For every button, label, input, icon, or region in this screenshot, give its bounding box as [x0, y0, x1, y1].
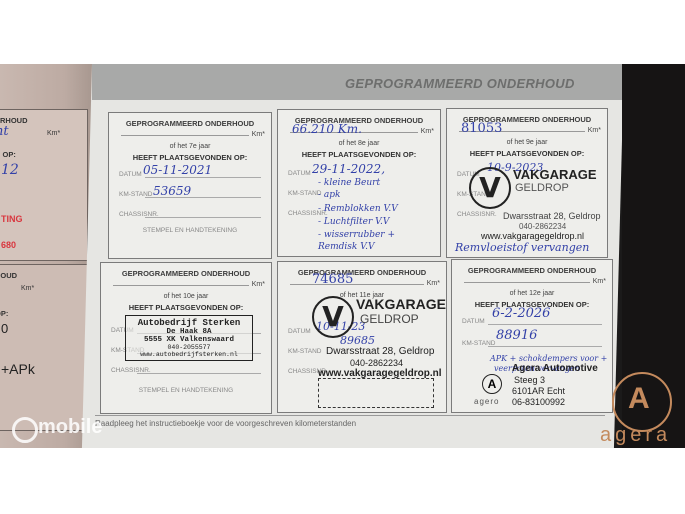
vakgarage-logo-icon: V: [469, 167, 511, 209]
maintenance-box-8: GEPROGRAMMEERD ONDERHOUD Km* 66.210 Km. …: [277, 109, 441, 257]
sterken-stamp: Autobedrijf Sterken De Haak 8A 5555 XK V…: [125, 315, 253, 361]
watermark-text: mobile: [38, 416, 102, 439]
agera-logo-a-icon: A: [628, 382, 650, 416]
maintenance-box-9: GEPROGRAMMEERD ONDERHOUD Km* 81053 of he…: [446, 108, 608, 258]
left-box-top: ERHOUD nt Km* N OP: 12 TING 680: [0, 109, 88, 261]
faded-stamp: [318, 378, 434, 408]
agera-stamp-logo-icon: A: [482, 374, 502, 394]
footer-divider: [95, 415, 605, 416]
agera-logo-word: agera: [600, 424, 671, 447]
service-booklet-photo: ERHOUD nt Km* N OP: 12 TING 680 HOUD Km*…: [0, 64, 685, 448]
left-page: ERHOUD nt Km* N OP: 12 TING 680 HOUD Km*…: [0, 64, 92, 448]
watermark-icon: [12, 417, 38, 443]
maintenance-box-10: GEPROGRAMMEERD ONDERHOUD Km* of het 10e …: [100, 262, 272, 414]
vakgarage-logo-icon: V: [312, 296, 354, 338]
footer-note: Raadpleeg het instructieboekje voor de v…: [95, 419, 356, 428]
maintenance-box-12: GEPROGRAMMEERD ONDERHOUD Km* of het 12e …: [451, 259, 613, 413]
maintenance-box-7: GEPROGRAMMEERD ONDERHOUD Km* of het 7e j…: [108, 112, 272, 259]
left-box-bottom: HOUD Km* OP: 0 +APk: [0, 264, 88, 431]
maintenance-box-11: GEPROGRAMMEERD ONDERHOUD Km* 74685 of he…: [277, 261, 447, 413]
section-title: GEPROGRAMMEERD ONDERHOUD: [345, 76, 575, 91]
